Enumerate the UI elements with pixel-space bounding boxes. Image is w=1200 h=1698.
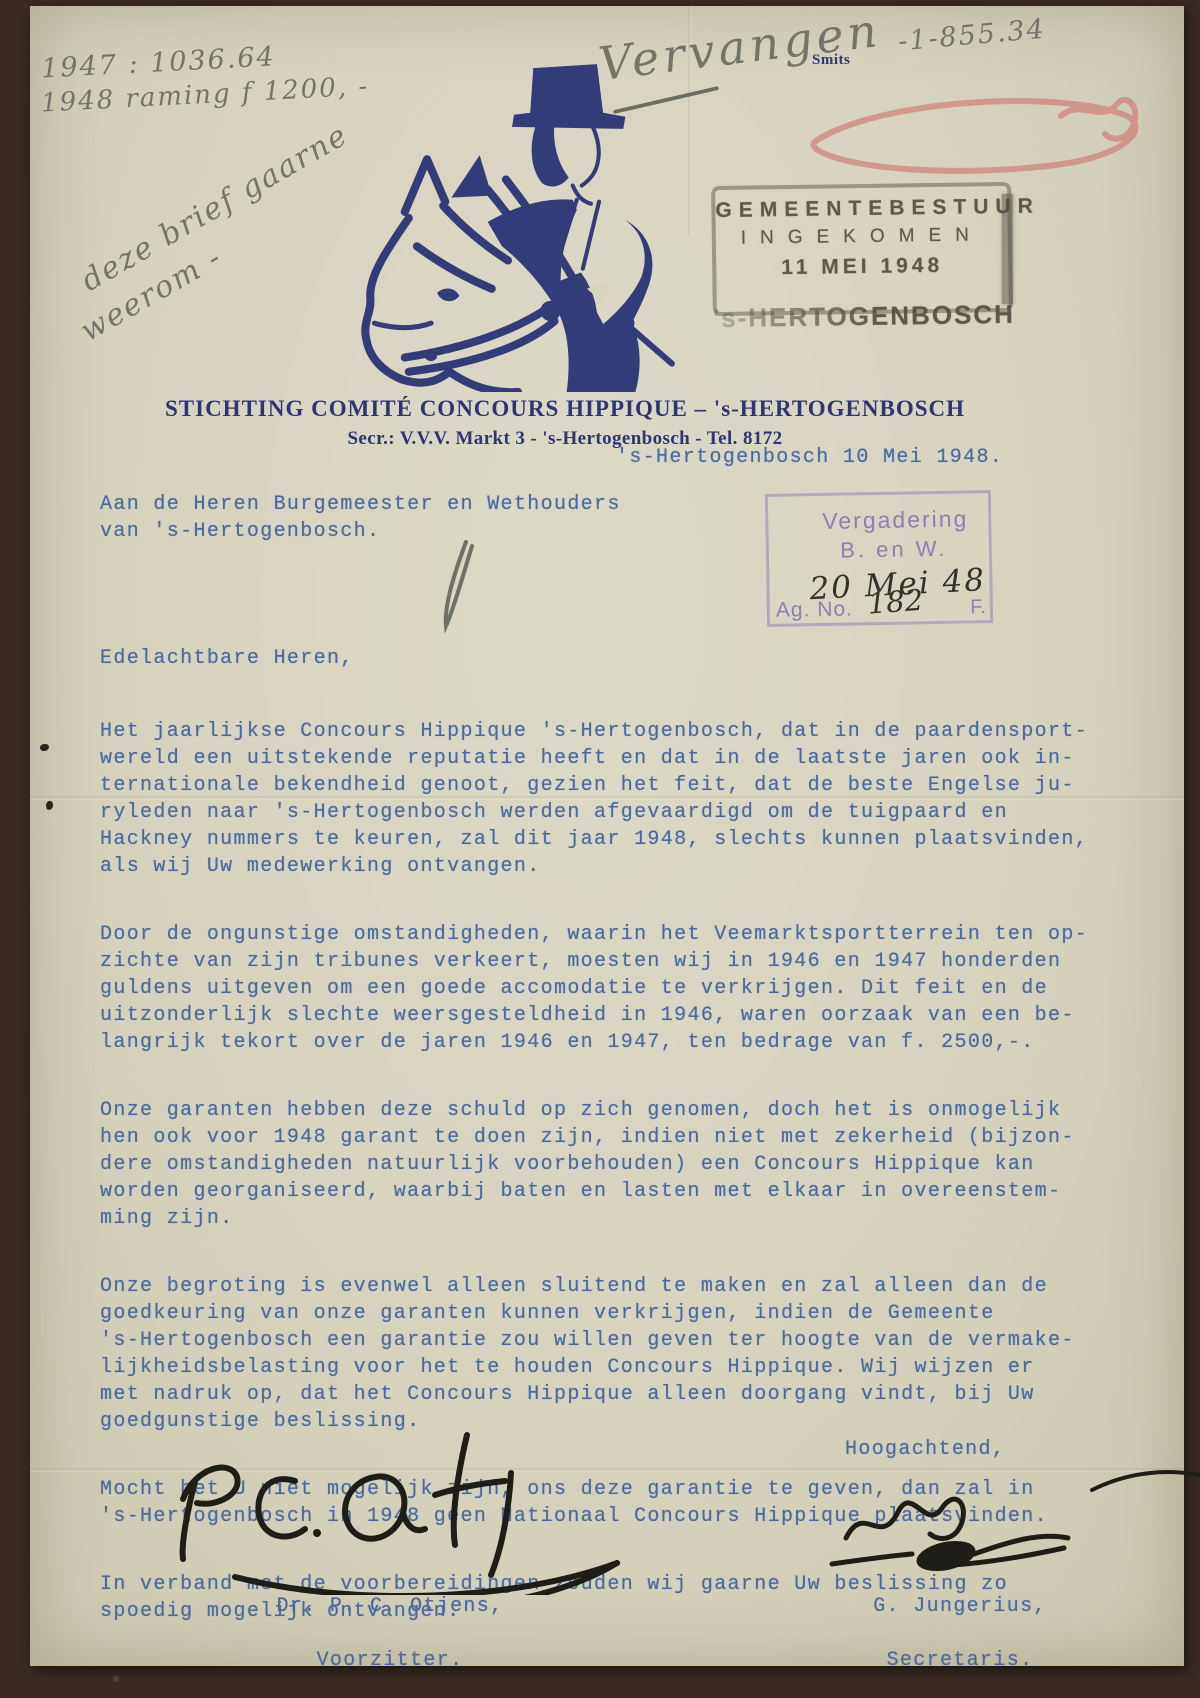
received-stamp-city: 's-HERTOGENBOSCH <box>711 299 1017 334</box>
closing-hoogachtend: Hoogachtend, <box>845 1436 1005 1463</box>
signer-right-name: G. Jungerius, <box>830 1593 1090 1620</box>
scanned-letter-photo: { "pencil_notes": { "top_left_line1": "1… <box>0 0 1200 1698</box>
received-stamp-line2: INGEKOMEN <box>716 224 1008 250</box>
ink-dash <box>1088 1464 1200 1498</box>
meeting-stamp: Vergadering B. en W. 20 Mei 48 Ag. No. 1… <box>765 490 993 627</box>
salutation: Edelachtbare Heren, <box>100 645 354 672</box>
signer-right-title: Secretaris. <box>830 1647 1090 1674</box>
dateline: 's-Hertogenbosch 10 Mei 1948. <box>616 444 1003 471</box>
rider-on-horse-logo-icon <box>338 58 682 392</box>
signer-right-block: G. Jungerius, Secretaris. <box>830 1566 1090 1698</box>
received-stamp-line1: GEMEENTEBESTUUR <box>715 195 1007 223</box>
red-crayon-paraaf <box>775 82 1155 182</box>
signer-left-title: Voorzitter. <box>205 1647 575 1674</box>
agenda-number-label: Ag. No. <box>776 597 853 622</box>
agenda-number-value: 182 <box>867 583 925 621</box>
signer-left-block: Dr. P. C. Otjens, Voorzitter. <box>205 1566 575 1698</box>
paragraph-4: Onze begroting is evenwel alleen sluiten… <box>100 1273 1148 1435</box>
meeting-stamp-title: Vergadering <box>768 505 988 536</box>
received-stamp-date: 11 MEI 1948 <box>716 253 1008 281</box>
paragraph-1: Het jaarlijkse Concours Hippique 's-Hert… <box>100 718 1148 880</box>
printer-mark-smits: Smits <box>812 52 850 69</box>
signer-left-name: Dr. P. C. Otjens, <box>205 1593 575 1620</box>
received-stamp-bar <box>1002 194 1013 304</box>
ink-speck <box>113 1676 119 1682</box>
meeting-stamp-suffix: F. <box>970 596 986 619</box>
paragraph-2: Door de ongunstige omstandigheden, waari… <box>100 921 1148 1056</box>
received-stamp: GEMEENTEBESTUUR INGEKOMEN 11 MEI 1948 's… <box>711 182 1013 316</box>
meeting-stamp-subtitle: B. en W. <box>769 535 989 565</box>
letterhead-organization: STICHTING COMITÉ CONCOURS HIPPIQUE – 's-… <box>30 396 1100 422</box>
paragraph-3: Onze garanten hebben deze schuld op zich… <box>100 1097 1148 1232</box>
pencil-checkmark <box>420 536 490 636</box>
address-block: Aan de Heren Burgemeester en Wethouders … <box>100 491 621 545</box>
